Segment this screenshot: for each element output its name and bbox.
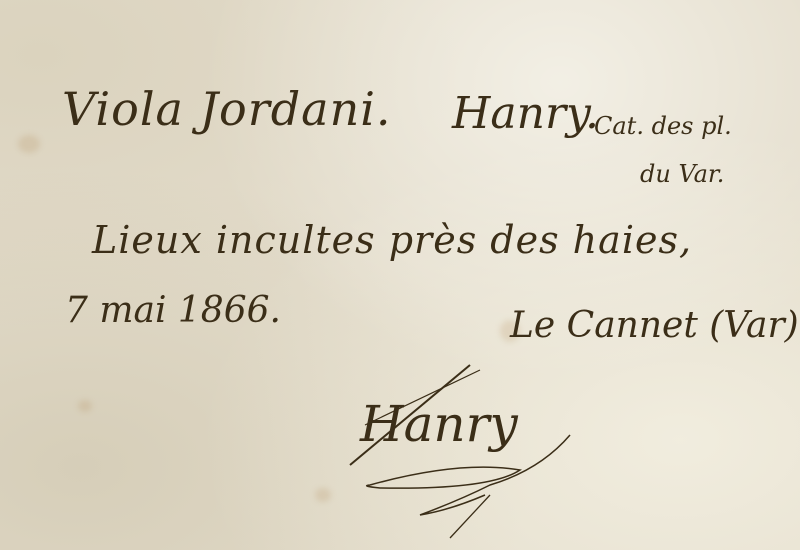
paper-stain [315,488,331,502]
reference-line-1: Cat. des pl. [594,112,732,140]
signature-flourish-icon [340,360,600,540]
locality-text: Le Cannet (Var). [510,305,800,346]
paper-stain [78,400,92,412]
habitat-text: Lieux incultes près des haies, [92,218,692,262]
species-author: Hanry. [452,88,599,139]
collection-date: 7 mai 1866. [65,290,281,331]
species-name: Viola Jordani. [62,82,392,136]
paper-stain [18,135,40,153]
reference-line-2: du Var. [640,160,724,188]
